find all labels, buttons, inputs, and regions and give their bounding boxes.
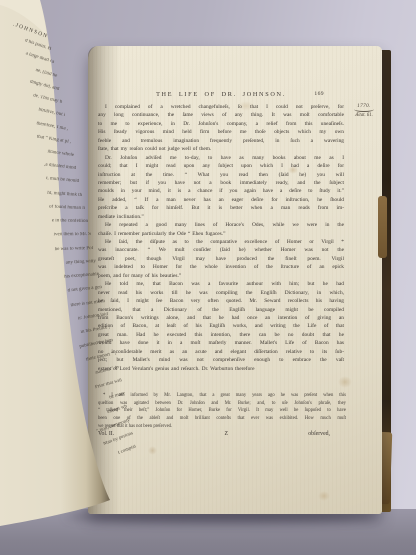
left-text-fragment: iven them to Mr. S <box>0 232 91 238</box>
page-number: 169 <box>314 91 324 97</box>
left-text-fragment: e in the confeſſion <box>0 217 88 225</box>
leather-tab <box>378 196 387 258</box>
margin-aetat: Ætat. 61. <box>345 113 383 118</box>
foxing-spot <box>338 376 352 388</box>
left-text-fragment: any thing witty <box>0 259 96 271</box>
margin-brace <box>354 109 374 112</box>
left-text-fragment: ir: Johnſon ſaid <box>0 312 108 338</box>
catchword: obſerved, <box>308 431 330 437</box>
left-page-fragments: JOHNSON.d his pains. Ha large dead cane,… <box>0 0 150 555</box>
photo-background: THE LIFE OF DR. JOHNSON. 169 1770. Ætat.… <box>0 0 416 555</box>
left-text-fragment: ht, might think th <box>0 184 82 198</box>
margin-date-note: 1770. Ætat. 61. <box>345 103 383 118</box>
foxing-spot <box>318 491 330 501</box>
left-text-fragment: his exceptionable <box>0 272 99 288</box>
gathering-mark: Z <box>224 431 228 437</box>
left-text-fragment: of found human li <box>0 200 85 211</box>
left-text-fragment: he was to write Pol <box>0 246 93 255</box>
margin-year: 1770. <box>345 103 383 109</box>
